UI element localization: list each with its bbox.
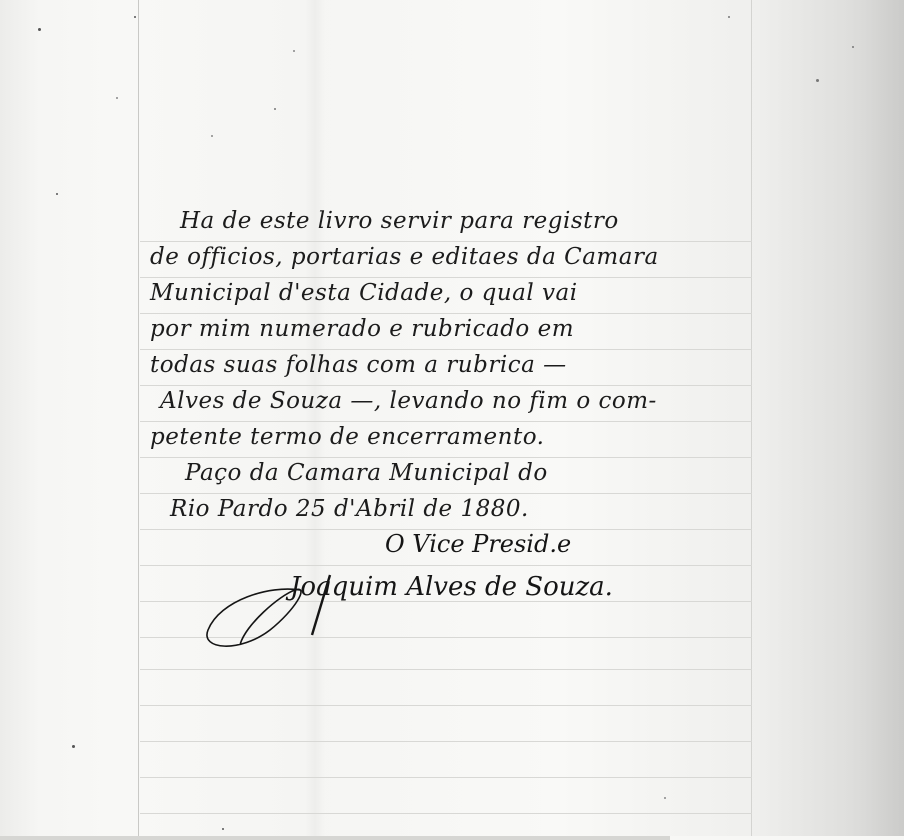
paper-speck bbox=[852, 46, 854, 48]
body-line-9: Rio Pardo 25 d'Abril de 1880. bbox=[170, 491, 529, 527]
paper-speck bbox=[728, 16, 730, 18]
paper-speck bbox=[134, 16, 136, 18]
paper-speck bbox=[38, 28, 41, 31]
body-line-3: Municipal d'esta Cidade, o qual vai bbox=[150, 275, 578, 311]
body-line-7: petente termo de encerramento. bbox=[150, 419, 544, 455]
paper-speck bbox=[56, 193, 58, 195]
body-line-8: Paço da Camara Municipal do bbox=[185, 455, 548, 491]
page-edge-shadow bbox=[754, 0, 904, 836]
paper-speck bbox=[116, 97, 118, 99]
ruled-line bbox=[140, 813, 752, 814]
paper-speck bbox=[222, 828, 224, 830]
scan-bottom-edge-light bbox=[670, 836, 904, 840]
body-line-2: de officios, portarias e editaes da Cama… bbox=[150, 239, 659, 275]
paper-speck bbox=[816, 79, 819, 82]
paper-speck bbox=[664, 797, 666, 799]
ruled-line bbox=[140, 777, 752, 778]
body-line-5: todas suas folhas com a rubrica — bbox=[150, 347, 567, 383]
left-margin-line bbox=[138, 0, 139, 836]
ruled-line bbox=[140, 669, 752, 670]
body-line-1: Ha de este livro servir para registro bbox=[180, 203, 619, 239]
scan-bottom-edge bbox=[0, 836, 904, 840]
paper-speck bbox=[72, 745, 75, 748]
scanned-ledger-page: Ha de este livro servir para registro de… bbox=[0, 0, 904, 836]
signatory-title: O Vice Presid.e bbox=[385, 530, 571, 558]
paper-speck bbox=[211, 135, 213, 137]
ruled-line bbox=[140, 705, 752, 706]
paper-speck bbox=[293, 50, 295, 52]
body-line-4: por mim numerado e rubricado em bbox=[150, 311, 574, 347]
paper-speck bbox=[274, 108, 276, 110]
ruled-line bbox=[140, 741, 752, 742]
signature-flourish-icon bbox=[200, 545, 350, 655]
body-line-6: Alves de Souza —, levando no fim o com- bbox=[160, 383, 657, 419]
